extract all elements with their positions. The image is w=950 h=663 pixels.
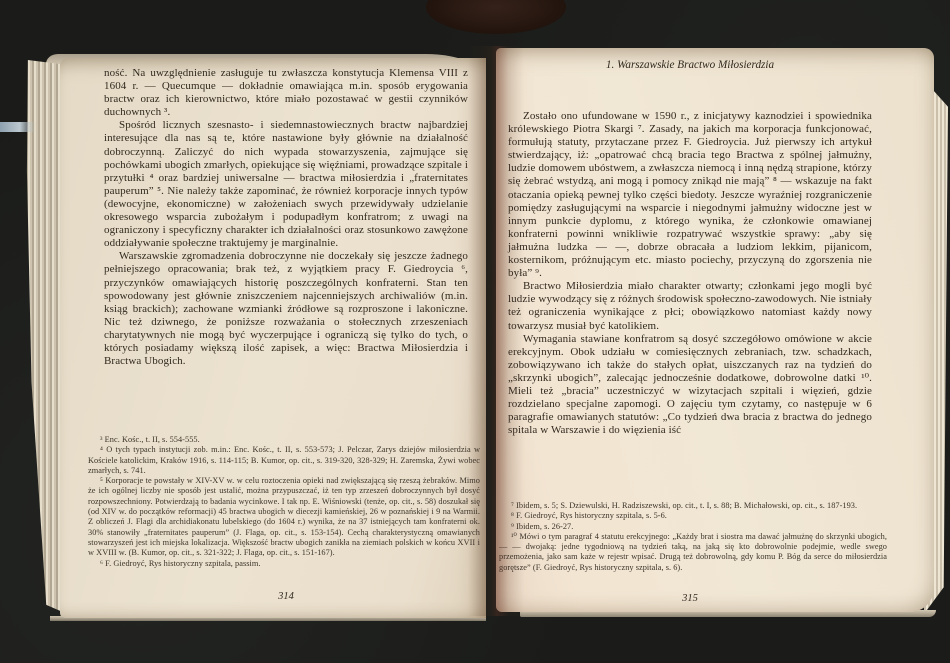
paragraph: Zostało ono ufundowane w 1590 r., z inic… (508, 110, 872, 280)
book-photo-background: ność. Na uwzględnienie zasługuje tu zwła… (0, 0, 950, 663)
background-strip (0, 122, 36, 132)
paragraph: Spośród licznych szesnasto- i siedemnast… (104, 119, 468, 250)
paragraph: Bractwo Miłosierdzia miało charakter otw… (508, 280, 872, 332)
footnote: ⁸ F. Giedroyć, Rys historyczny szpitala,… (499, 511, 887, 521)
paragraph: ność. Na uwzględnienie zasługuje tu zwła… (104, 67, 468, 119)
left-page-footnotes: ³ Enc. Kośc., t. II, s. 554-555. ⁴ O tyc… (88, 435, 480, 569)
paragraph: Warszawskie zgromadzenia dobroczynne nie… (104, 250, 468, 368)
book-spine-top (426, 0, 566, 34)
footnote: ⁶ F. Giedroyć, Rys historyczny szpitala,… (88, 559, 480, 569)
footnote: ¹⁰ Mówi o tym paragraf 4 statutu erekcyj… (499, 532, 887, 573)
page-number-left: 314 (104, 591, 468, 602)
page-number-right: 315 (508, 593, 872, 604)
footnote: ⁹ Ibidem, s. 26-27. (499, 522, 887, 532)
footnote: ⁴ O tych typach instytucji zob. m.in.: E… (88, 445, 480, 476)
left-page: ność. Na uwzględnienie zasługuje tu zwła… (60, 58, 486, 618)
paragraph: Wymagania stawiane konfratrom są dosyć s… (508, 333, 872, 438)
footnote: ³ Enc. Kośc., t. II, s. 554-555. (88, 435, 480, 445)
right-page: 1. Warszawskie Bractwo Miłosierdzia Zost… (496, 48, 934, 612)
section-heading: 1. Warszawskie Bractwo Miłosierdzia (508, 59, 872, 71)
right-page-footnotes: ⁷ Ibidem, s. 5; S. Dziewulski, H. Radzis… (499, 501, 887, 573)
footnote: ⁷ Ibidem, s. 5; S. Dziewulski, H. Radzis… (499, 501, 887, 511)
footnote: ⁵ Korporacje te powstały w XIV-XV w. w c… (88, 476, 480, 558)
left-page-body: ność. Na uwzględnienie zasługuje tu zwła… (104, 67, 468, 368)
right-page-body: Zostało ono ufundowane w 1590 r., z inic… (508, 110, 872, 437)
